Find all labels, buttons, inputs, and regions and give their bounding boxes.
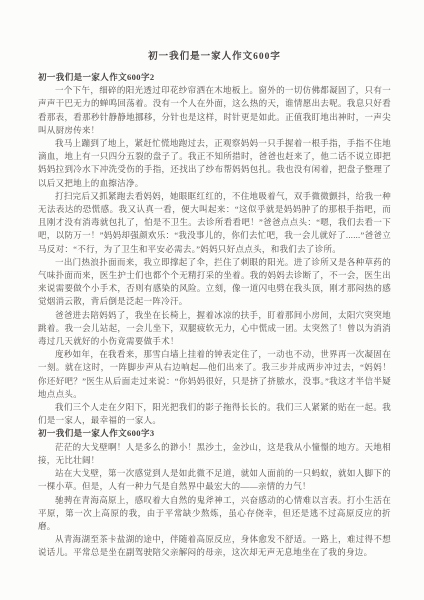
- essay-section-2: 初一我们是一家人作文600字2 一个下午，细碎的阳光透过印花纱帘洒在木地板上。窗…: [38, 71, 391, 427]
- paragraph: 我们三个人走在夕阳下，阳光把我们的影子拖得长长的。我们三人紧紧的贴在一起。我们是…: [38, 401, 391, 427]
- paragraph: 一出门热浪扑面而来，我立即撑起了伞，拦住了刺眼的阳光。进了诊所又是各种草药的气味…: [38, 256, 391, 309]
- paragraph: 度秒如年，在我看来，那雪白墙上挂着的钟表定住了，一动也不动，世界再一次凝固在一刻…: [38, 348, 391, 401]
- section-heading: 初一我们是一家人作文600字2: [38, 71, 391, 84]
- paragraph: 驰骋在青海高原上，感叹着大自然的鬼斧神工，兴奋感动的心情难以言表。打小生活在平原…: [38, 494, 391, 534]
- essay-section-3: 初一我们是一家人作文600字3 茫茫的大戈壁啊！人是多么的渺小！黑沙土，金沙山，…: [38, 427, 391, 559]
- paragraph: 我马上蹦到了地上，紧赶忙慌地跑过去，正观察妈妈一只手握着一根手指，手指不住地滴血…: [38, 137, 391, 190]
- paragraph: 站在大戈壁，第一次感觉到人是如此微不足道，就如人面前的一只蚂蚁，就如人脚下的一棵…: [38, 467, 391, 493]
- paragraph: 从青海湖至茶卡盐湖的途中，伴随着高原反应，身体愈发不舒适。一路上，难过得不想说话…: [38, 533, 391, 559]
- paragraph: 茫茫的大戈壁啊！人是多么的渺小！黑沙土，金沙山，这是我从小憧憬的地方。天地相接，…: [38, 441, 391, 467]
- document-page: 初一我们是一家人作文600字 初一我们是一家人作文600字2 一个下午，细碎的阳…: [0, 0, 424, 600]
- paragraph: 爸爸进去陪妈妈了，我坐在长椅上，握着冰凉的扶手，盯着那间小房间，太阳穴突突地跳着…: [38, 309, 391, 349]
- section-heading: 初一我们是一家人作文600字3: [38, 427, 391, 440]
- document-title: 初一我们是一家人作文600字: [38, 50, 391, 64]
- paragraph: 一个下午，细碎的阳光透过印花纱帘洒在木地板上。窗外的一切仿佛都凝固了，只有一声声…: [38, 84, 391, 137]
- paragraph: 打扫完后又抓紧跑去看妈妈，她眼眶红红的，不住地吸着气，双手微微颤抖，给我一种无法…: [38, 190, 391, 256]
